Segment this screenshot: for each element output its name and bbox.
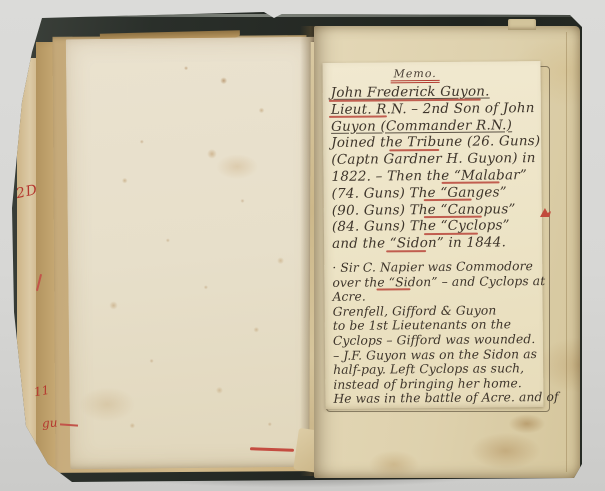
handwritten-line: and the “Sidon” in 1844. xyxy=(332,234,538,253)
red-margin-mark-gu: gu xyxy=(42,415,58,430)
handwritten-line: (Captn Gardner H. Guyon) in xyxy=(331,150,537,169)
pasted-handwritten-note: Memo. John Frederick Guyon. Lieut. R.N. … xyxy=(322,61,543,409)
handwritten-line: over the “Sidon” – and Cyclops at xyxy=(332,274,538,290)
handwritten-line: He was in the battle of Acre. and of xyxy=(333,390,539,406)
red-underline-mark xyxy=(376,288,410,290)
cover-top-edge-highlight xyxy=(40,14,576,17)
right-page-edge-line xyxy=(566,32,567,472)
book-photograph: 2D 11 gu Memo. John Frederick Guyon. Lie… xyxy=(0,0,605,491)
handwritten-line: Guyon (Commander R.N.) xyxy=(331,117,537,136)
left-blank-page xyxy=(66,37,320,470)
page-top-tab xyxy=(508,19,536,30)
right-page: Memo. John Frederick Guyon. Lieut. R.N. … xyxy=(314,26,580,478)
red-underline-mark xyxy=(386,250,426,252)
handwritten-line: 1822. – Then the “Malabar” xyxy=(331,167,537,186)
handwritten-line: half-pay. Left Cyclops as such, xyxy=(333,361,539,377)
handwritten-line: Cyclops – Gifford was wounded. xyxy=(333,332,539,348)
red-margin-mark-11: 11 xyxy=(33,383,50,399)
memo-heading: Memo. xyxy=(391,67,440,83)
handwriting-block-2: · Sir C. Napier was Commodore over the “… xyxy=(332,259,539,407)
handwriting-block-1: John Frederick Guyon. Lieut. R.N. – 2nd … xyxy=(331,83,538,253)
handwritten-line: · Sir C. Napier was Commodore xyxy=(332,259,538,275)
open-book: 2D 11 gu Memo. John Frederick Guyon. Lie… xyxy=(12,12,583,482)
